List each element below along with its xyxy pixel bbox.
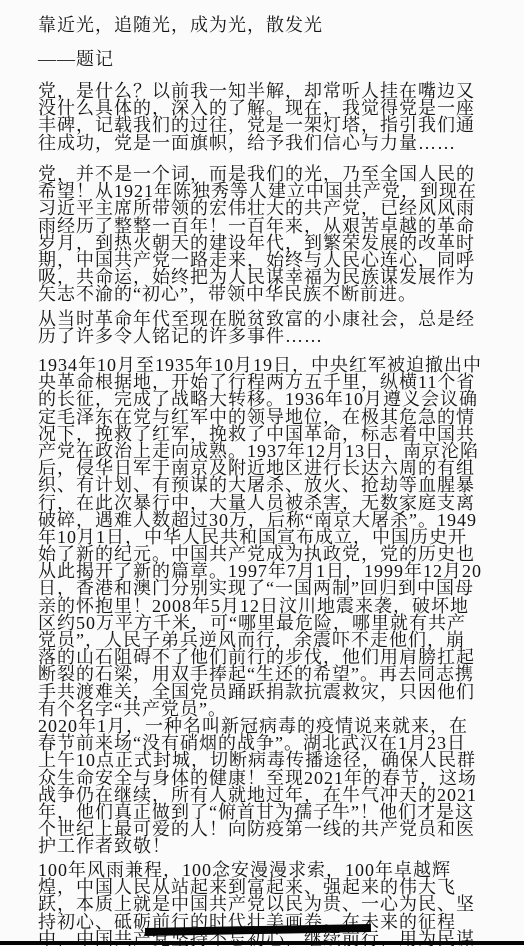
paragraph-p1: 靠近光，追随光，成为光，散发光 bbox=[38, 17, 498, 34]
bottom-border-line bbox=[0, 941, 524, 945]
paragraph-p3: 党，是什么？以前我一知半解，却常听人挂在嘴边又没什么具体的，深入的了解。现在，我… bbox=[38, 83, 498, 152]
paragraph-p6: 1934年10月至1935年10月19日，中央红军被迫撤出中央革命根据地，开始了… bbox=[38, 357, 498, 718]
paragraph-p4: 党，并不是一个词，而是我们的光，乃至全国人民的希望！从1921年陈独秀等人建立中… bbox=[38, 166, 498, 304]
text-line: 跃，本质上就是中国共产党以民为贵、一心为民、坚 bbox=[38, 896, 498, 913]
text-line: 矢志不渝的“初心”，带领中华民族不断前进。 bbox=[38, 286, 498, 303]
text-line: 织、有计划、有预谋的大屠杀、放火、抢劫等血腥暴 bbox=[38, 477, 498, 494]
text-line: 的长征，完成了战略大转移。1936年10月遵义会议确 bbox=[38, 391, 498, 408]
document-page: 靠近光，追随光，成为光，散发光——题记党，是什么？以前我一知半解，却常听人挂在嘴… bbox=[0, 0, 524, 946]
paragraph-p2: ——题记 bbox=[38, 51, 498, 68]
text-line: 上午10点正式封城，切断病毒传播途径，确保人民群 bbox=[38, 752, 498, 769]
text-line: 丰碑，记载我们的过往，党是一架灯塔，指引我们通 bbox=[38, 117, 498, 134]
paragraph-p7: 2020年1月，一种名叫新冠病毒的疫情说来就来，在春节前来场“没有硝烟的战争”。… bbox=[38, 718, 498, 856]
text-line: 断裂的石梁，用双手捧起“生还的希望”。再去同志携 bbox=[38, 666, 498, 683]
text-line: 往成功，党是一面旗帜，给予我们信心与力量…… bbox=[38, 135, 498, 152]
text-line: 护工作者致敬！ bbox=[38, 838, 498, 855]
text-line: ——题记 bbox=[38, 51, 498, 68]
text-line: 历了许多令人铭记的许多事件…… bbox=[38, 328, 498, 345]
text-line: 习近平主席所带领的宏伟壮大的共产党，已经风风雨 bbox=[38, 200, 498, 217]
text-line: 靠近光，追随光，成为光，散发光 bbox=[38, 17, 498, 34]
paragraph-p5: 从当时革命年代至现在脱贫致富的小康社会，总是经历了许多令人铭记的许多事件…… bbox=[38, 311, 498, 345]
